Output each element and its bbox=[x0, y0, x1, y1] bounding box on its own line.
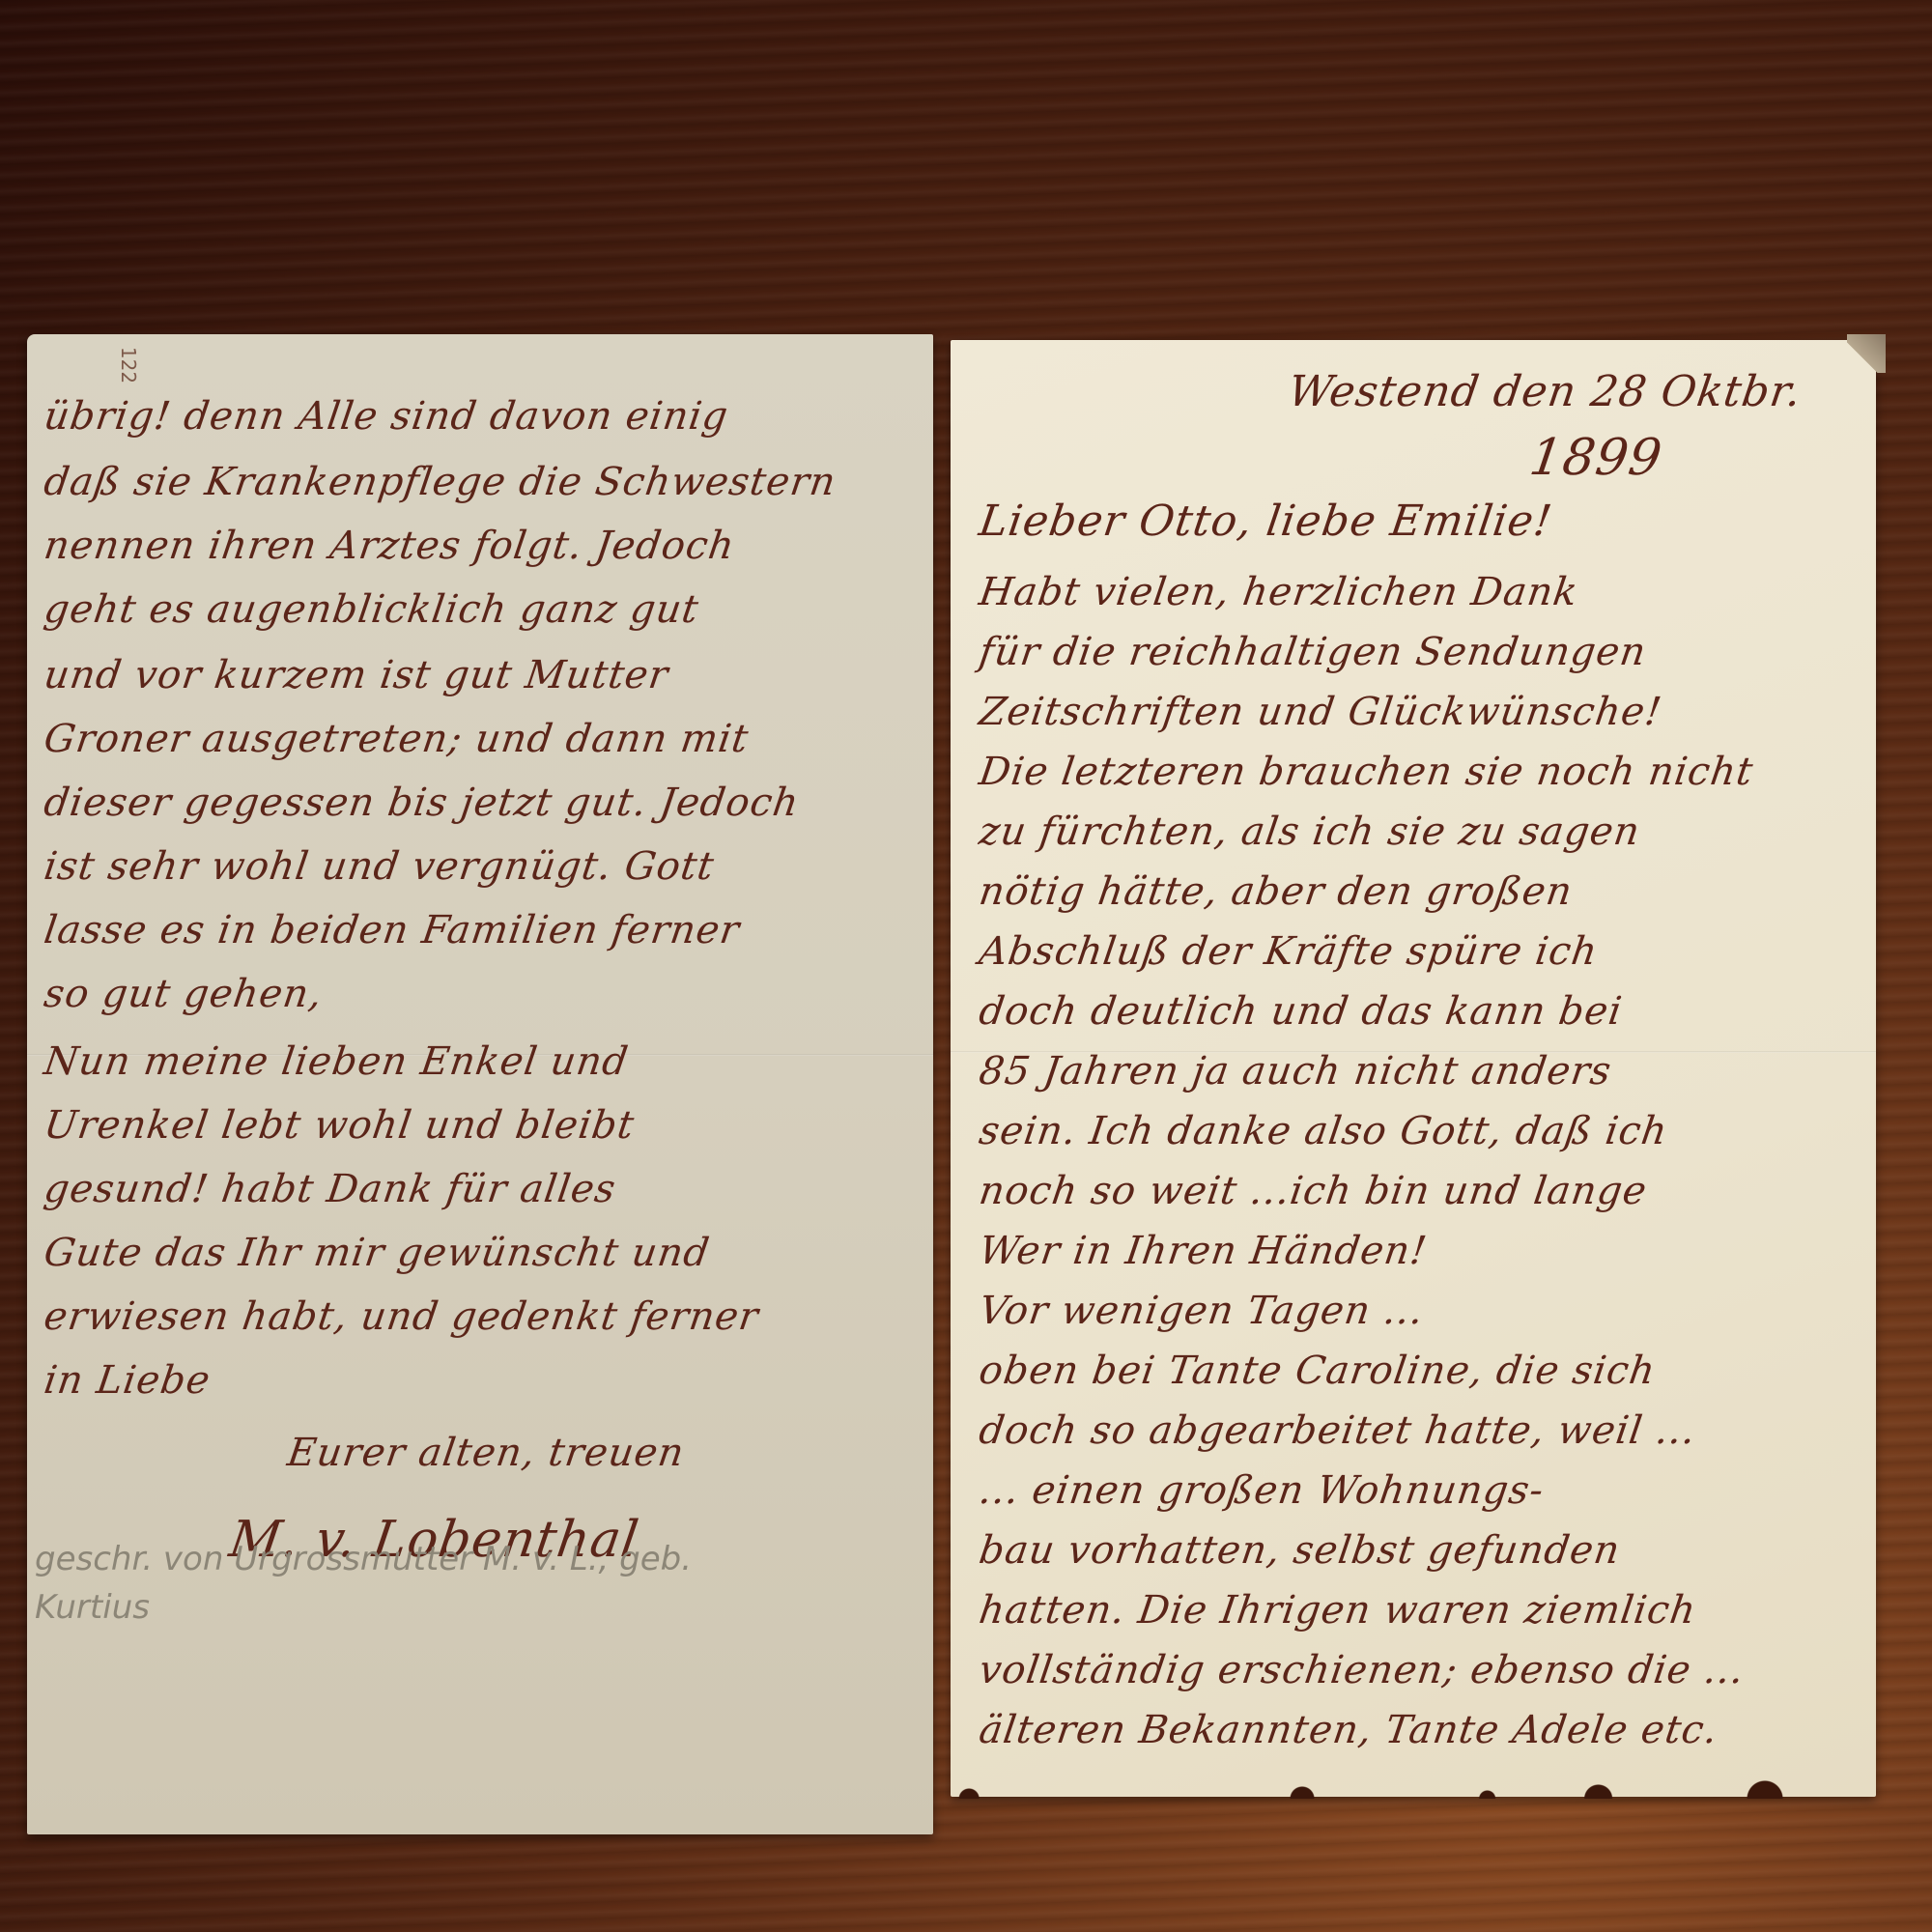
handwritten-line: Abschluß der Kräfte spüre ich bbox=[977, 929, 1601, 974]
handwritten-line: hatten. Die Ihrigen waren ziemlich bbox=[977, 1588, 1699, 1633]
handwritten-line: so gut gehen, bbox=[42, 972, 326, 1016]
letter-closing: Eurer alten, treuen bbox=[285, 1431, 688, 1475]
handwritten-line: und vor kurzem ist gut Mutter bbox=[42, 653, 671, 697]
letter-page-left: 122 übrig! denn Alle sind davon einig da… bbox=[27, 334, 933, 1834]
handwritten-line: sein. Ich danke also Gott, daß ich bbox=[977, 1109, 1671, 1153]
handwritten-line: zu fürchten, als ich sie zu sagen bbox=[977, 810, 1643, 854]
handwritten-line: nennen ihren Arztes folgt. Jedoch bbox=[42, 524, 738, 568]
handwritten-line: Nun meine lieben Enkel und bbox=[42, 1039, 632, 1084]
pencil-annotation-line-1: geschr. von Urgrossmutter M. v. L., geb. bbox=[35, 1540, 692, 1578]
handwritten-line: Habt vielen, herzlichen Dank bbox=[977, 570, 1581, 614]
curled-corner bbox=[1847, 334, 1886, 373]
handwritten-line: Wer in Ihren Händen! bbox=[977, 1229, 1431, 1273]
letter-year: 1899 bbox=[1526, 429, 1666, 487]
pencil-annotation-line-2: Kurtius bbox=[35, 1588, 150, 1627]
handwritten-line: Urenkel lebt wohl und bleibt bbox=[42, 1103, 638, 1148]
handwritten-line: älteren Bekannten, Tante Adele etc. bbox=[977, 1708, 1721, 1752]
letter-page-right: Westend den 28 Oktbr. 1899 Lieber Otto, … bbox=[951, 340, 1876, 1797]
handwritten-line: Vor wenigen Tagen ... bbox=[977, 1289, 1427, 1333]
salutation: Lieber Otto, liebe Emilie! bbox=[976, 497, 1555, 546]
handwritten-line: oben bei Tante Caroline, die sich bbox=[977, 1349, 1659, 1393]
handwritten-line: Die letzteren brauchen sie noch nicht bbox=[977, 750, 1756, 794]
handwritten-line: für die reichhaltigen Sendungen bbox=[977, 630, 1649, 674]
handwritten-line: gesund! habt Dank für alles bbox=[42, 1167, 619, 1211]
handwritten-line: in Liebe bbox=[42, 1358, 213, 1403]
handwritten-line: doch deutlich und das kann bei bbox=[977, 989, 1626, 1034]
archive-number: 122 bbox=[117, 347, 140, 384]
handwritten-line: vollständig erschienen; ebenso die ... bbox=[977, 1648, 1747, 1692]
handwritten-line: daß sie Krankenpflege die Schwestern bbox=[42, 460, 839, 504]
handwritten-line: 85 Jahren ja auch nicht anders bbox=[977, 1049, 1614, 1094]
handwritten-line: ist sehr wohl und vergnügt. Gott bbox=[42, 844, 718, 889]
handwritten-line: Zeitschriften und Glückwünsche! bbox=[977, 690, 1665, 734]
handwritten-line: bau vorhatten, selbst gefunden bbox=[977, 1528, 1623, 1573]
handwritten-line: noch so weit ...ich bin und lange bbox=[977, 1169, 1650, 1213]
handwritten-line: dieser gegessen bis jetzt gut. Jedoch bbox=[42, 781, 802, 825]
handwritten-line: übrig! denn Alle sind davon einig bbox=[42, 394, 731, 439]
handwritten-line: lasse es in beiden Familien ferner bbox=[42, 908, 743, 952]
handwritten-line: ... einen großen Wohnungs- bbox=[977, 1468, 1548, 1513]
handwritten-line: geht es augenblicklich ganz gut bbox=[42, 587, 702, 632]
handwritten-line: erwiesen habt, und gedenkt ferner bbox=[42, 1294, 762, 1339]
handwritten-line: Groner ausgetreten; und dann mit bbox=[42, 717, 752, 761]
handwritten-line: Gute das Ihr mir gewünscht und bbox=[42, 1231, 713, 1275]
torn-bottom-edge bbox=[951, 1777, 1876, 1799]
handwritten-line: nötig hätte, aber den großen bbox=[977, 869, 1576, 914]
handwritten-line: doch so abgearbeitet hatte, weil ... bbox=[977, 1408, 1699, 1453]
place-and-date: Westend den 28 Oktbr. bbox=[1285, 367, 1804, 416]
